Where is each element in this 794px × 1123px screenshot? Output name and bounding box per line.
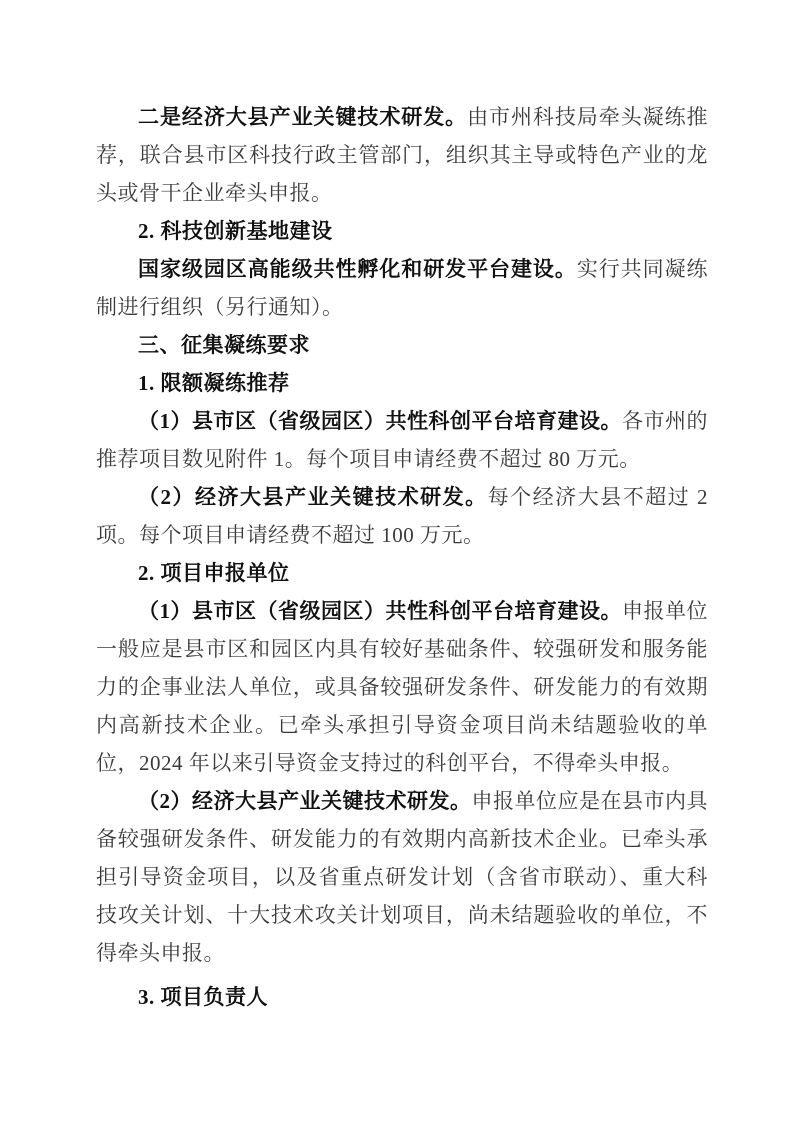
- section-heading: 2. 项目申报单位: [96, 554, 708, 592]
- paragraph-lead: （1）县市区（省级园区）共性科创平台培育建设。: [138, 409, 622, 433]
- paragraph: （2）经济大县产业关键技术研发。每个经济大县不超过 2 项。每个项目申请经费不超…: [96, 478, 708, 554]
- section-heading: 1. 限额凝练推荐: [96, 364, 708, 402]
- paragraph: （2）经济大县产业关键技术研发。申报单位应是在县市内具备较强研发条件、研发能力的…: [96, 782, 708, 972]
- document-page: 二是经济大县产业关键技术研发。由市州科技局牵头凝练推荐，联合县市区科技行政主管部…: [0, 0, 794, 1123]
- heading-text: 三、征集凝练要求: [138, 333, 310, 357]
- paragraph: （1）县市区（省级园区）共性科创平台培育建设。各市州的推荐项目数见附件 1。每个…: [96, 402, 708, 478]
- paragraph-lead: （2）经济大县产业关键技术研发。: [138, 485, 488, 509]
- heading-text: 2. 科技创新基地建设: [138, 219, 333, 243]
- document-body: 二是经济大县产业关键技术研发。由市州科技局牵头凝练推荐，联合县市区科技行政主管部…: [96, 98, 708, 1016]
- section-heading: 2. 科技创新基地建设: [96, 212, 708, 250]
- paragraph-lead: 国家级园区高能级共性孵化和研发平台建设。: [138, 257, 577, 281]
- section-heading: 三、征集凝练要求: [96, 326, 708, 364]
- paragraph: 二是经济大县产业关键技术研发。由市州科技局牵头凝练推荐，联合县市区科技行政主管部…: [96, 98, 708, 212]
- heading-text: 1. 限额凝练推荐: [138, 371, 290, 395]
- paragraph-text: 申报单位应是在县市内具备较强研发条件、研发能力的有效期内高新技术企业。已牵头承担…: [96, 789, 708, 965]
- section-heading: 3. 项目负责人: [96, 978, 708, 1016]
- paragraph-lead: 二是经济大县产业关键技术研发。: [138, 105, 467, 129]
- paragraph: 国家级园区高能级共性孵化和研发平台建设。实行共同凝练制进行组织（另行通知）。: [96, 250, 708, 326]
- paragraph-lead: （2）经济大县产业关键技术研发。: [138, 789, 472, 813]
- paragraph-lead: （1）县市区（省级园区）共性科创平台培育建设。: [138, 599, 622, 623]
- paragraph: （1）县市区（省级园区）共性科创平台培育建设。申报单位一般应是县市区和园区内具有…: [96, 592, 708, 782]
- heading-text: 3. 项目负责人: [138, 985, 268, 1009]
- paragraph-text: 申报单位一般应是县市区和园区内具有较好基础条件、较强研发和服务能力的企事业法人单…: [96, 599, 708, 775]
- heading-text: 2. 项目申报单位: [138, 561, 290, 585]
